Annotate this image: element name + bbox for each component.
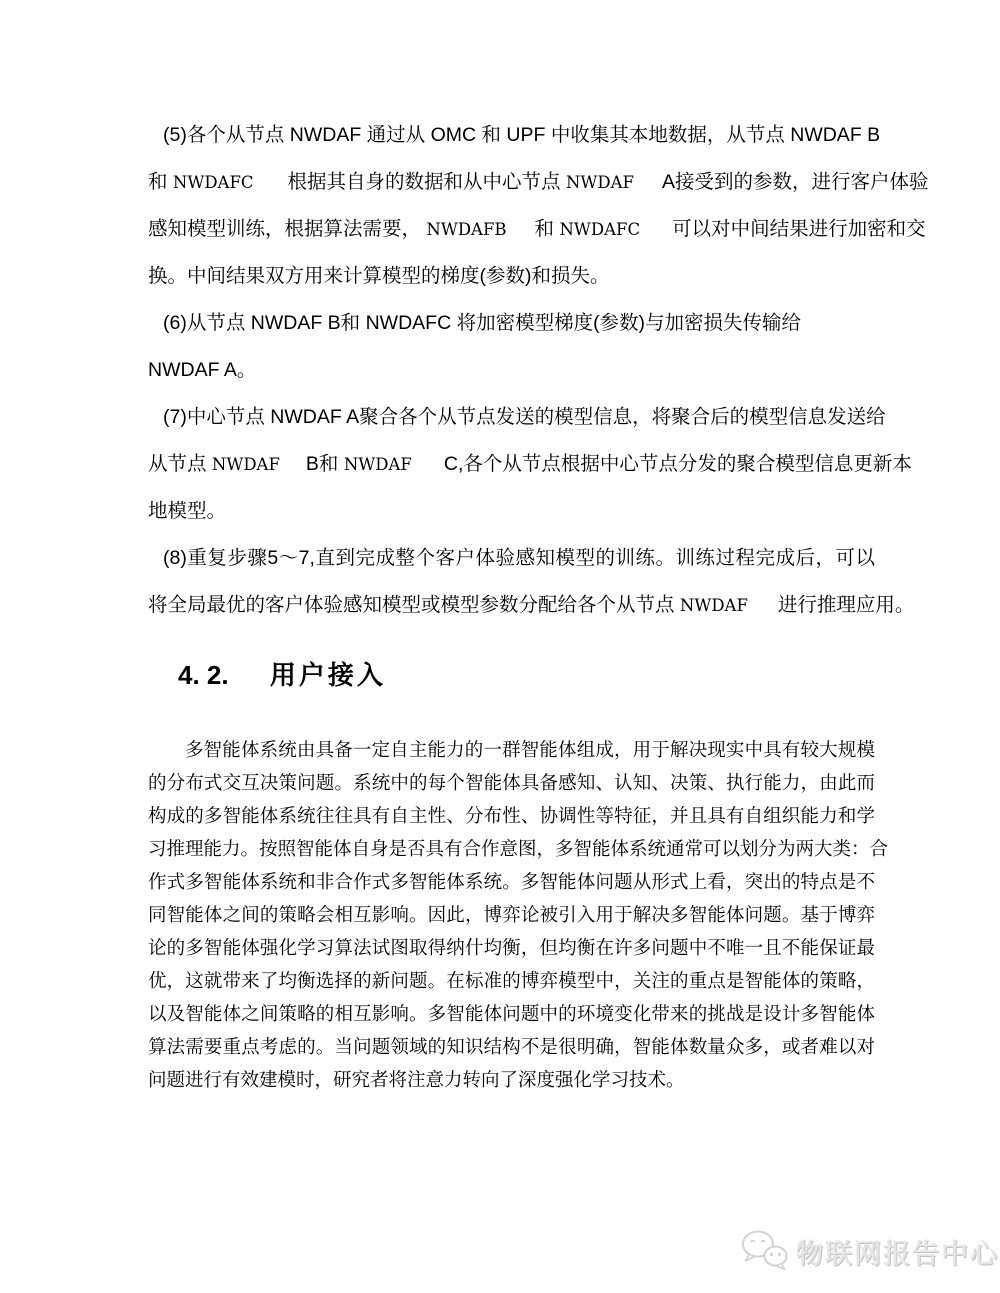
- section-number: 4. 2.: [178, 660, 229, 690]
- nwdaf-term: NWDAF: [344, 455, 412, 474]
- body-text-line: 算法需要重点考虑的。当问题领域的知识结构不是很明确，智能体数量众多，或者难以对: [148, 1030, 875, 1063]
- nwdaf-term: NWDAF: [212, 455, 280, 474]
- section-title: 用户接入: [270, 660, 386, 690]
- step-text-line: 换。中间结果双方用来计算模型的梯度(参数)和损失。: [148, 253, 875, 300]
- step-text-line: (7)中心节点 NWDAF A聚合各个从节点发送的模型信息，将聚合后的模型信息发…: [148, 394, 875, 441]
- body-text-line: 问题进行有效建模时，研究者将注意力转向了深度强化学习技术。: [148, 1063, 875, 1096]
- text-segment: C,各个从节点根据中心节点分发的聚合模型信息更新本: [444, 453, 912, 475]
- step-text-line: (8)重复步骤5～7,直到完成整个客户体验感知模型的训练。训练过程完成后，可以: [148, 535, 875, 582]
- text-segment: 换。中间结果双方用来计算模型的梯度(参数)和损失。: [148, 265, 610, 287]
- gap-spacer: [254, 187, 288, 188]
- body-text-line: 多智能体系统由具备一定自主能力的一群智能体组成，用于解决现实中具有较大规模: [148, 733, 875, 766]
- step-text-line: (5)各个从节点 NWDAF 通过从 OMC 和 UPF 中收集其本地数据，从节…: [148, 112, 875, 159]
- text-segment: 从节点: [148, 453, 212, 475]
- text-segment: B和: [306, 453, 344, 475]
- text-segment: 将全局最优的客户体验感知模型或模型参数分配给各个从节点: [148, 594, 680, 616]
- text-segment: 根据其自身的数据和从中心节点: [288, 171, 566, 193]
- watermark-text: 物联网报告中心: [796, 1232, 999, 1271]
- gap-spacer: [634, 187, 662, 188]
- wechat-icon: [740, 1228, 790, 1274]
- step-text-line: 感知模型训练，根据算法需要， NWDAFB和 NWDAFC可以对中间结果进行加密…: [148, 206, 875, 253]
- text-segment: 可以对中间结果进行加密和交: [672, 218, 926, 240]
- watermark: 物联网报告中心: [740, 1226, 999, 1276]
- text-segment: (7)中心节点 NWDAF A聚合各个从节点发送的模型信息，将聚合后的模型信息发…: [163, 406, 886, 428]
- gap-spacer: [280, 469, 306, 470]
- text-segment: (8)重复步骤5～7,直到完成整个客户体验感知模型的训练。训练过程完成后，可以: [163, 547, 875, 569]
- text-segment: 进行推理应用。: [778, 594, 915, 616]
- section-heading: 4. 2. 用户接入: [178, 653, 386, 697]
- body-text-line: 论的多智能体强化学习算法试图取得纳什均衡，但均衡在许多问题中不唯一且不能保证最: [148, 931, 875, 964]
- procedure-steps: (5)各个从节点 NWDAF 通过从 OMC 和 UPF 中收集其本地数据，从节…: [148, 112, 875, 629]
- gap-spacer: [412, 469, 444, 470]
- body-text-line: 习推理能力。按照智能体自身是否具有合作意图，多智能体系统通常可以划分为两大类：合: [148, 832, 875, 865]
- body-text-line: 以及智能体之间策略的相互影响。多智能体问题中的环境变化带来的挑战是设计多智能体: [148, 997, 875, 1030]
- nwdaf-term: NWDAF: [566, 173, 634, 192]
- gap-spacer: [507, 234, 535, 235]
- nwdaf-term: NWDAFC: [173, 173, 254, 192]
- text-segment: 感知模型训练，根据算法需要，: [148, 218, 426, 240]
- document-page: (5)各个从节点 NWDAF 通过从 OMC 和 UPF 中收集其本地数据，从节…: [0, 0, 1000, 1293]
- text-segment: A接受到的参数，进行客户体验: [662, 171, 929, 193]
- nwdaf-term: NWDAFC: [559, 220, 640, 239]
- text-segment: 地模型。: [148, 500, 226, 522]
- step-text-line: 将全局最优的客户体验感知模型或模型参数分配给各个从节点 NWDAF进行推理应用。: [148, 582, 875, 629]
- step-text-line: 从节点 NWDAFB和 NWDAFC,各个从节点根据中心节点分发的聚合模型信息更…: [148, 441, 875, 488]
- step-text-line: 和 NWDAFC根据其自身的数据和从中心节点 NWDAFA接受到的参数，进行客户…: [148, 159, 875, 206]
- body-text-line: 同智能体之间的策略会相互影响。因此，博弈论被引入用于解决多智能体问题。基于博弈: [148, 898, 875, 931]
- body-text-line: 的分布式交互决策问题。系统中的每个智能体具备感知、认知、决策、执行能力，由此而: [148, 766, 875, 799]
- nwdaf-term: NWDAFB: [426, 220, 506, 239]
- step-text-line: 地模型。: [148, 488, 875, 535]
- step-text-line: (6)从节点 NWDAF B和 NWDAFC 将加密模型梯度(参数)与加密损失传…: [148, 300, 875, 347]
- gap-spacer: [748, 610, 778, 611]
- body-paragraph: 多智能体系统由具备一定自主能力的一群智能体组成，用于解决现实中具有较大规模的分布…: [148, 733, 875, 1096]
- text-segment: (5)各个从节点 NWDAF 通过从 OMC 和 UPF 中收集其本地数据，从节…: [163, 124, 880, 146]
- text-segment: 和: [148, 171, 173, 193]
- body-text-line: 作式多智能体系统和非合作式多智能体系统。多智能体问题从形式上看，突出的特点是不: [148, 865, 875, 898]
- text-segment: NWDAF A。: [148, 359, 256, 381]
- body-text-line: 构成的多智能体系统往往具有自主性、分布性、协调性等特征，并且具有自组织能力和学: [148, 799, 875, 832]
- nwdaf-term: NWDAF: [680, 596, 748, 615]
- step-text-line: NWDAF A。: [148, 347, 875, 394]
- gap-spacer: [640, 234, 672, 235]
- text-segment: 和: [535, 218, 560, 240]
- body-text-line: 优，这就带来了均衡选择的新问题。在标准的博弈模型中，关注的重点是智能体的策略，: [148, 964, 875, 997]
- text-segment: (6)从节点 NWDAF B和 NWDAFC 将加密模型梯度(参数)与加密损失传…: [163, 312, 801, 334]
